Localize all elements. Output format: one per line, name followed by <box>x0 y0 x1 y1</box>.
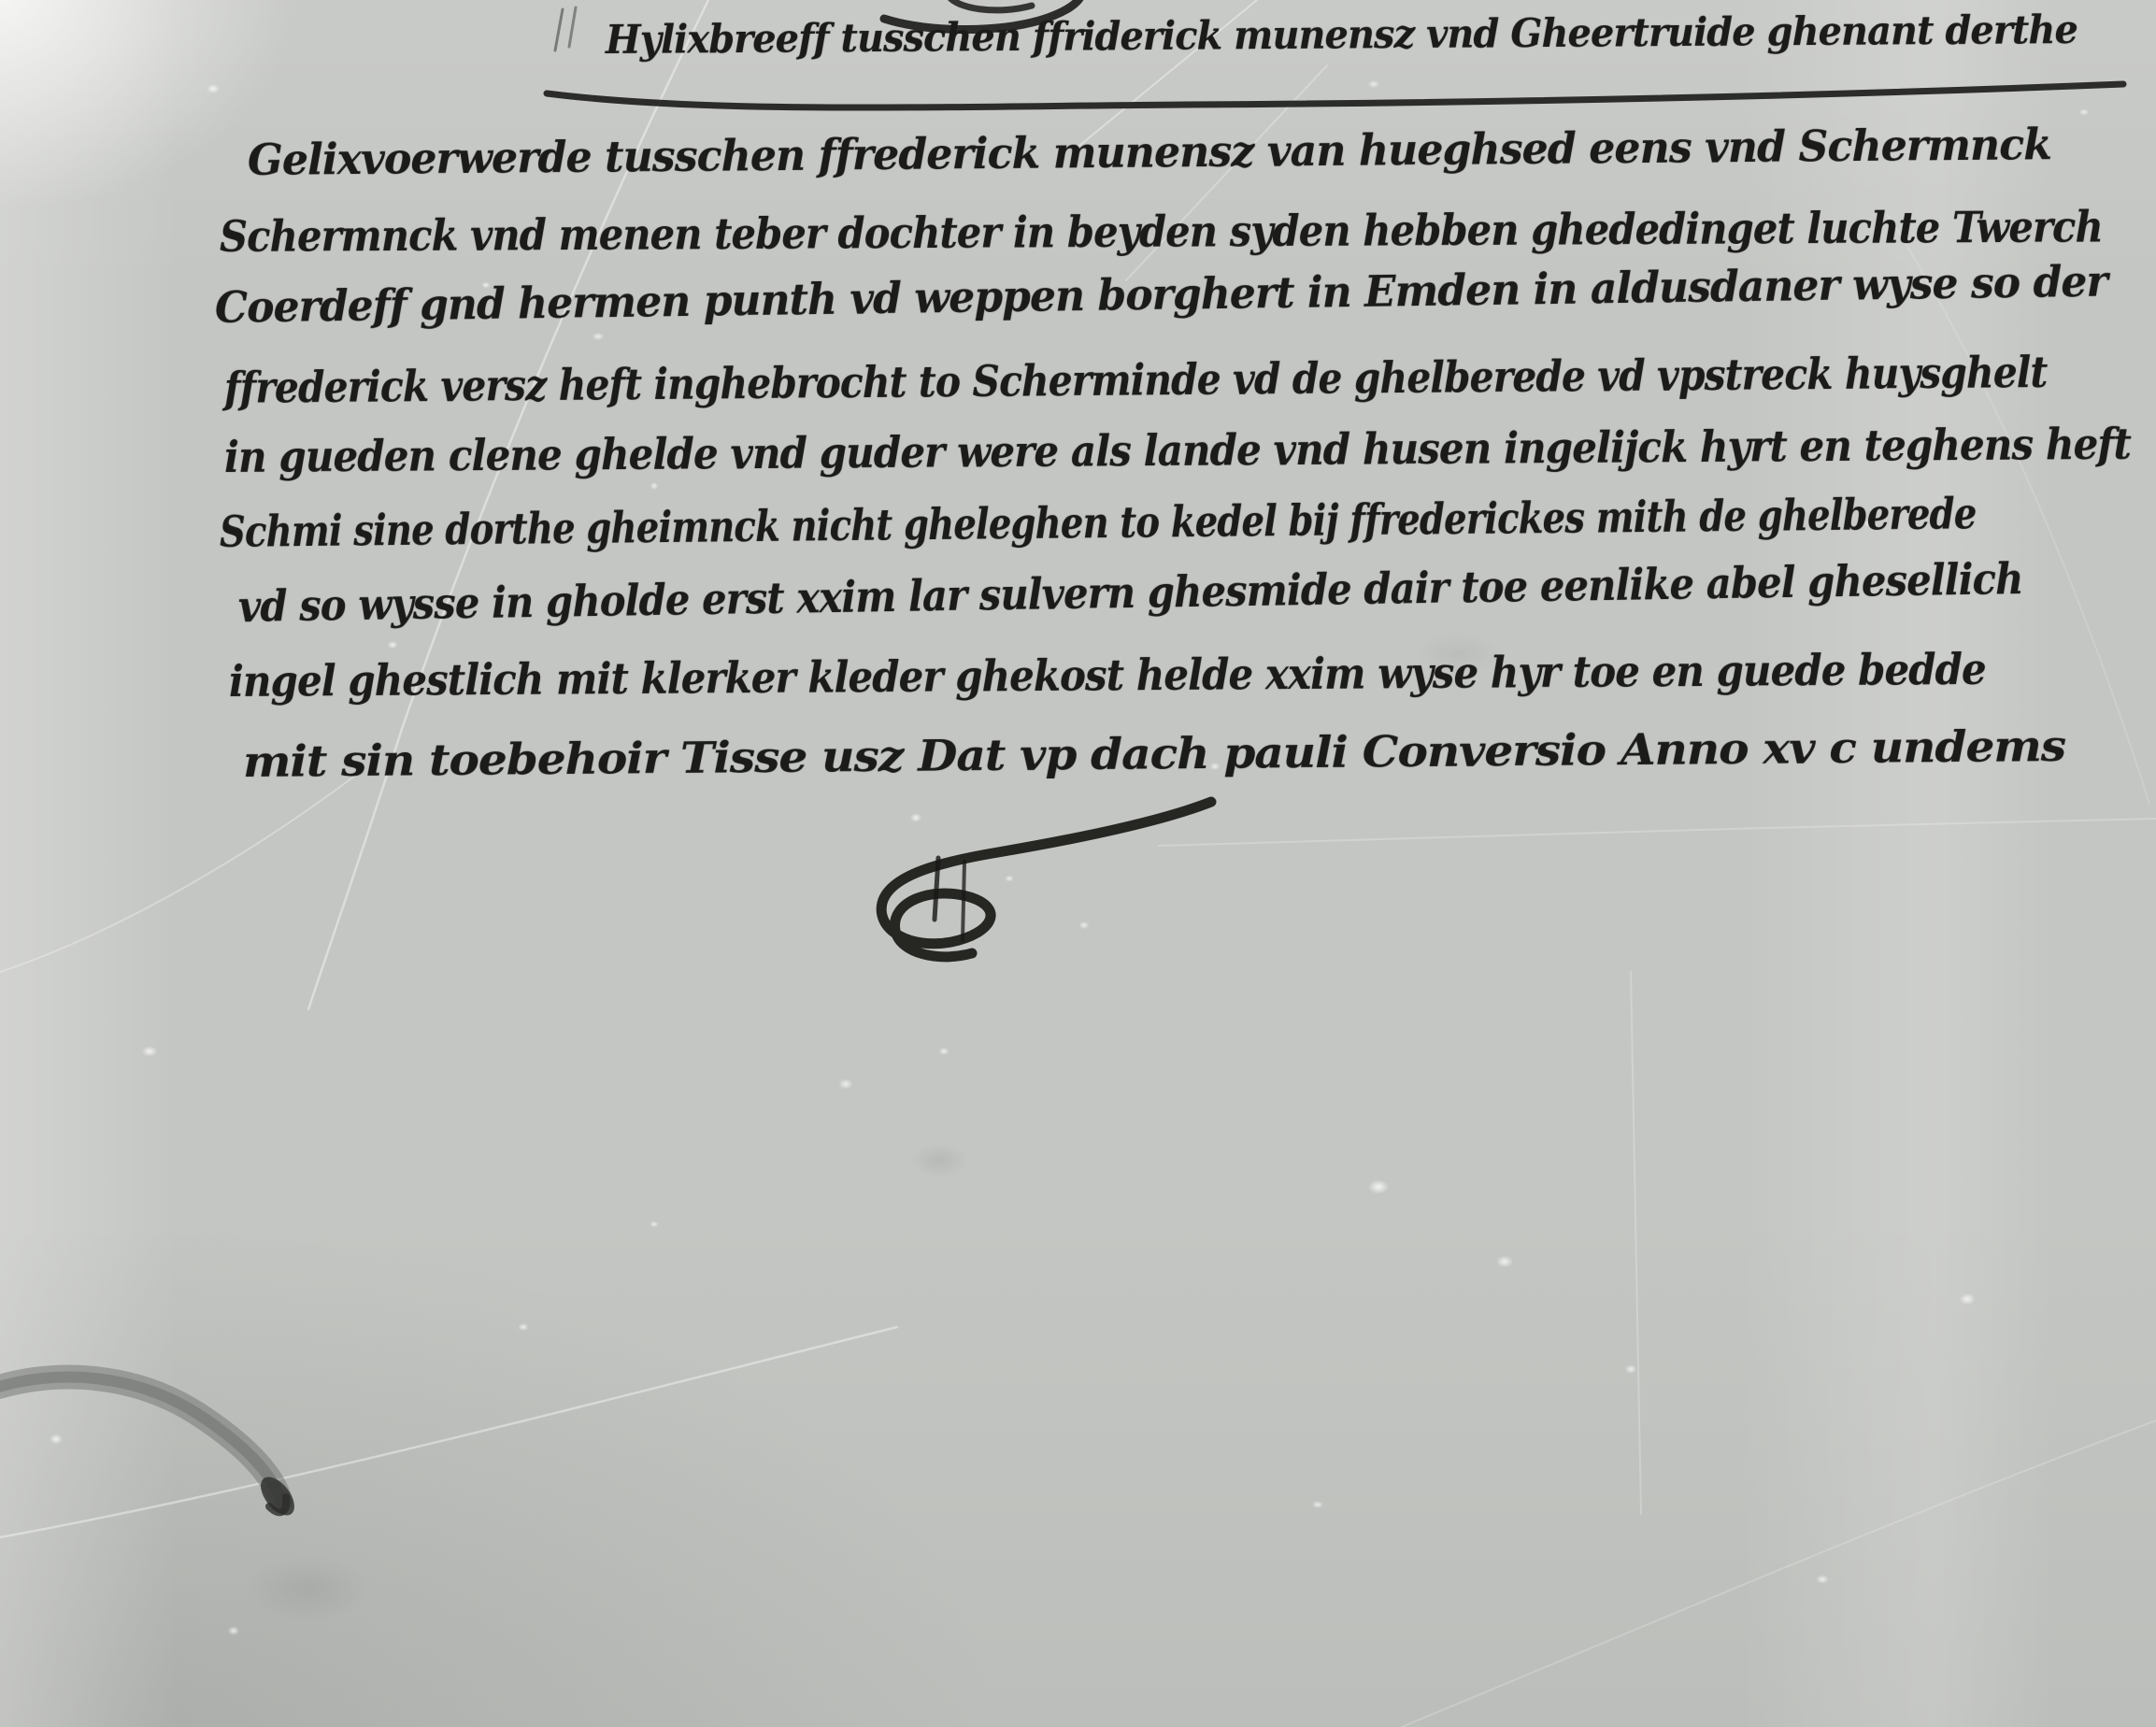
scratch-line <box>0 776 355 972</box>
heading: Hylixbreeff tusschen ffriderick munensz … <box>606 7 2077 63</box>
body-line-6: Schmi sine dorthe gheimnck nicht ghelegh… <box>220 488 1977 557</box>
body-line-2: Schermnck vnd menen teber dochter in bey… <box>220 201 2103 262</box>
heading-underline <box>547 84 2123 107</box>
body-line-1: Gelixvoerwerde tusschen ffrederick munen… <box>248 119 2051 185</box>
scratch-line <box>1159 819 2156 846</box>
body-line-5: in gueden clene ghelde vnd guder were al… <box>224 419 2131 482</box>
ink-smear <box>0 1377 301 1521</box>
scratch-line <box>1631 972 1641 1514</box>
body-line-8: ingel ghestlich mit klerker kleder gheko… <box>229 644 1986 706</box>
body-line-3: Coerdeff gnd hermen punth vd weppen borg… <box>215 256 2107 333</box>
body-line-9: mit sin toebehoir Tisse usz Dat vp dach … <box>243 721 2065 787</box>
body-line-7: vd so wysse in gholde erst xxim lar sulv… <box>238 553 2023 632</box>
body-line-4: ffrederick versz heft inghebrocht to Sch… <box>224 347 2048 413</box>
stray-pen-tick <box>555 7 576 50</box>
paraph-flourish <box>881 802 1211 957</box>
manuscript-page: Hylixbreeff tusschen ffriderick munensz … <box>0 0 2156 1727</box>
scratch-line <box>0 1327 897 1537</box>
scratch-line <box>1402 1420 2156 1727</box>
